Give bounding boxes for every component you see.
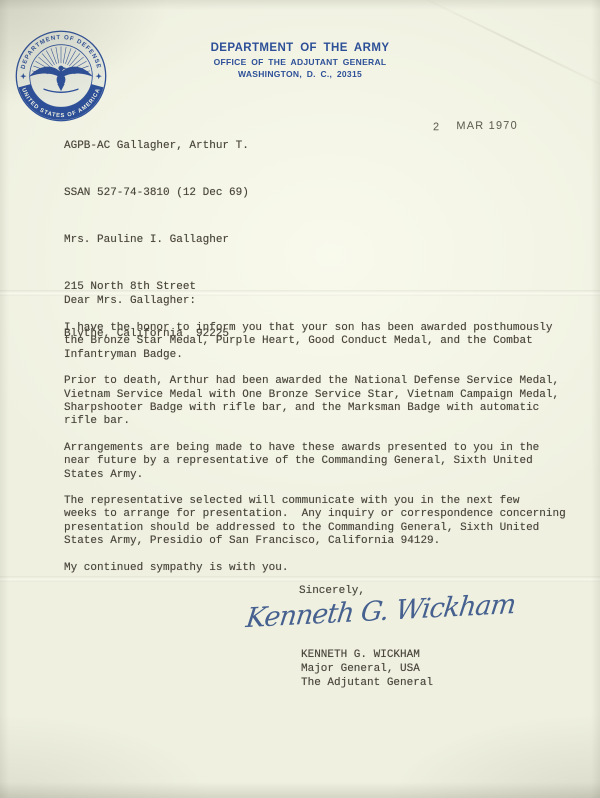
date-stamp: 2 MAR 1970 — [433, 120, 518, 133]
recipient-name: Mrs. Pauline I. Gallagher — [64, 233, 229, 249]
handwritten-signature: Kenneth G. Wickham — [244, 589, 517, 634]
paragraph: Prior to death, Arthur had been awarded … — [64, 375, 592, 429]
letterhead-department: DEPARTMENT OF THE ARMY — [168, 42, 432, 54]
signature-block: KENNETH G. WICKHAM Major General, USA Th… — [301, 649, 433, 690]
signatory-rank: Major General, USA — [301, 663, 433, 677]
paragraph: My continued sympathy is with you. — [64, 562, 592, 575]
letterhead-office: OFFICE OF THE ADJUTANT GENERAL — [168, 57, 432, 67]
paragraph: Arrangements are being made to have thes… — [64, 442, 592, 482]
letter-body: I have the honor to inform you that your… — [64, 322, 592, 588]
date-stamp-day: 2 — [433, 121, 440, 133]
reference-line-2: SSAN 527-74-3810 (12 Dec 69) — [64, 186, 249, 202]
paper-crease — [412, 0, 600, 99]
paragraph: I have the honor to inform you that your… — [64, 322, 592, 362]
paragraph: The representative selected will communi… — [64, 495, 592, 549]
date-stamp-month-year: MAR 1970 — [456, 120, 518, 132]
signatory-name: KENNETH G. WICKHAM — [301, 649, 433, 663]
recipient-street: 215 North 8th Street — [64, 280, 229, 296]
letterhead: DEPARTMENT OF THE ARMY OFFICE OF THE ADJ… — [168, 42, 432, 79]
letterhead-city: WASHINGTON, D. C., 20315 — [168, 69, 432, 79]
letter-page: DEPARTMENT OF DEFENSE UNITED STATES OF A… — [0, 0, 600, 798]
signatory-title: The Adjutant General — [301, 677, 433, 691]
closing: Sincerely, — [299, 585, 365, 597]
reference-line-1: AGPB-AC Gallagher, Arthur T. — [64, 139, 249, 155]
salutation: Dear Mrs. Gallagher: — [64, 295, 196, 307]
